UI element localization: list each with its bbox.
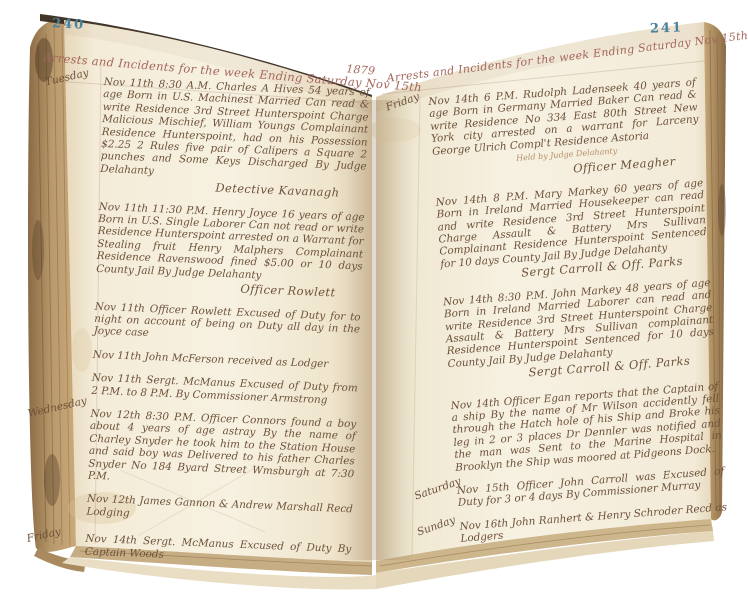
entry-text: Nov 12th James Gannon & Andrew Marshall … <box>86 493 353 528</box>
left-page-entries: Tuesday Nov 11th 8:30 A.M. Charles A Hiv… <box>84 76 370 579</box>
ledger-entry: Friday Nov 14th 6 P.M. Rudolph Ladenseek… <box>428 76 702 185</box>
entry-text: Nov 11th John McFerson received as Lodge… <box>93 348 359 371</box>
ledger-entry: Nov 11th John McFerson received as Lodge… <box>93 348 359 371</box>
entry-text: Nov 11th Sergt. McManus Excused of Duty … <box>91 372 358 407</box>
entry-text: Nov 12th 8:30 P.M. Officer Connors found… <box>88 408 357 493</box>
entry-text: Nov 11th Officer Rowlett Excused of Duty… <box>93 300 360 348</box>
page-number-right: 241 <box>650 20 684 36</box>
right-page-entries: Friday Nov 14th 6 P.M. Rudolph Ladenseek… <box>428 76 729 556</box>
page-number-left: 240 <box>52 16 86 33</box>
ledger-entry: Nov 11th Sergt. McManus Excused of Duty … <box>91 372 358 407</box>
ledger-book-photo: 240 241 Arrests and Incidents for the we… <box>0 0 748 600</box>
header-year-left: 1879 <box>346 62 376 77</box>
entry-text: Nov 11th 8:30 A.M. Charles A Hives 54 ye… <box>100 76 370 186</box>
entry-text: Nov 14th Officer Egan reports that the C… <box>450 380 723 474</box>
entry-text: Nov 14th Sergt. McManus Excused of Duty … <box>85 533 352 568</box>
ledger-entry: Nov 12th James Gannon & Andrew Marshall … <box>86 493 353 528</box>
ledger-entry: Nov 11th 11:30 P.M. Henry Joyce 16 years… <box>95 201 364 300</box>
ledger-entry: Friday Nov 14th Sergt. McManus Excused o… <box>85 533 352 568</box>
ledger-entry: Nov 14th 8 P.M. Mary Markey 60 years of … <box>435 177 709 285</box>
ledger-entry: Nov 14th 8:30 P.M. John Markey 48 years … <box>443 277 717 385</box>
entry-text: Nov 11th 11:30 P.M. Henry Joyce 16 years… <box>96 201 365 286</box>
entry-text: Nov 16th John Ranhert & Henry Schroder R… <box>459 501 728 545</box>
ledger-entry: Tuesday Nov 11th 8:30 A.M. Charles A Hiv… <box>99 76 369 200</box>
ledger-entry: Sunday Nov 16th John Ranhert & Henry Sch… <box>459 501 728 545</box>
ledger-entry: Nov 11th Officer Rowlett Excused of Duty… <box>93 300 360 348</box>
ledger-entry: Wednesday Nov 12th 8:30 P.M. Officer Con… <box>88 408 357 493</box>
ledger-entry: Nov 14th Officer Egan reports that the C… <box>450 380 723 474</box>
